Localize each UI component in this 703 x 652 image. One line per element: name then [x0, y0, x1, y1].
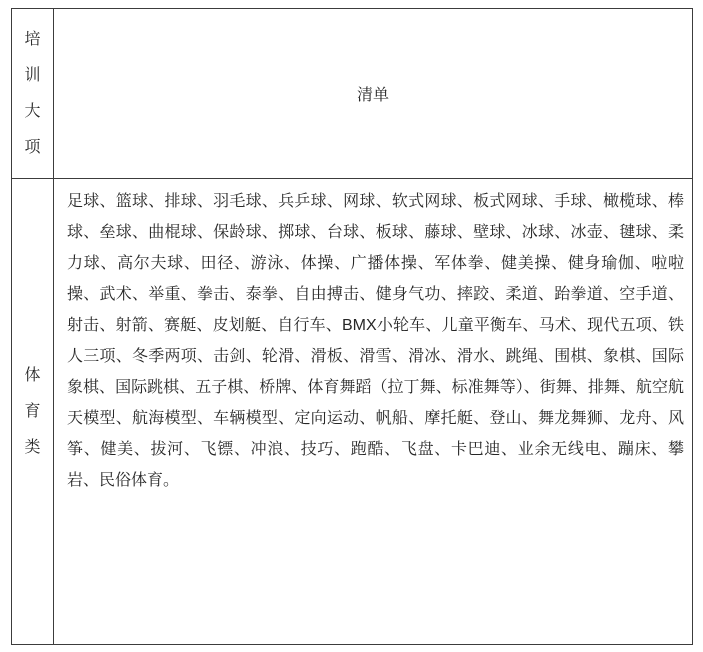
table-body-row: 体育类 足球、篮球、排球、羽毛球、兵乒球、网球、软式网球、板式网球、手球、橄榄球… [12, 179, 693, 645]
document-page: 培训大项 清单 体育类 足球、篮球、排球、羽毛球、兵乒球、网球、软式网球、板式网… [0, 0, 703, 652]
table-header-row: 培训大项 清单 [12, 9, 693, 179]
header-list-cell: 清单 [54, 9, 693, 179]
header-category-label: 培训大项 [25, 22, 41, 166]
sports-list-text: 足球、篮球、排球、羽毛球、兵乒球、网球、软式网球、板式网球、手球、橄榄球、棒球、… [54, 179, 692, 496]
header-category-cell: 培训大项 [12, 9, 54, 179]
category-cell: 体育类 [12, 179, 54, 645]
header-list-label: 清单 [54, 82, 692, 105]
training-category-table: 培训大项 清单 体育类 足球、篮球、排球、羽毛球、兵乒球、网球、软式网球、板式网… [11, 8, 693, 645]
category-label: 体育类 [25, 358, 41, 466]
list-cell: 足球、篮球、排球、羽毛球、兵乒球、网球、软式网球、板式网球、手球、橄榄球、棒球、… [54, 179, 693, 645]
